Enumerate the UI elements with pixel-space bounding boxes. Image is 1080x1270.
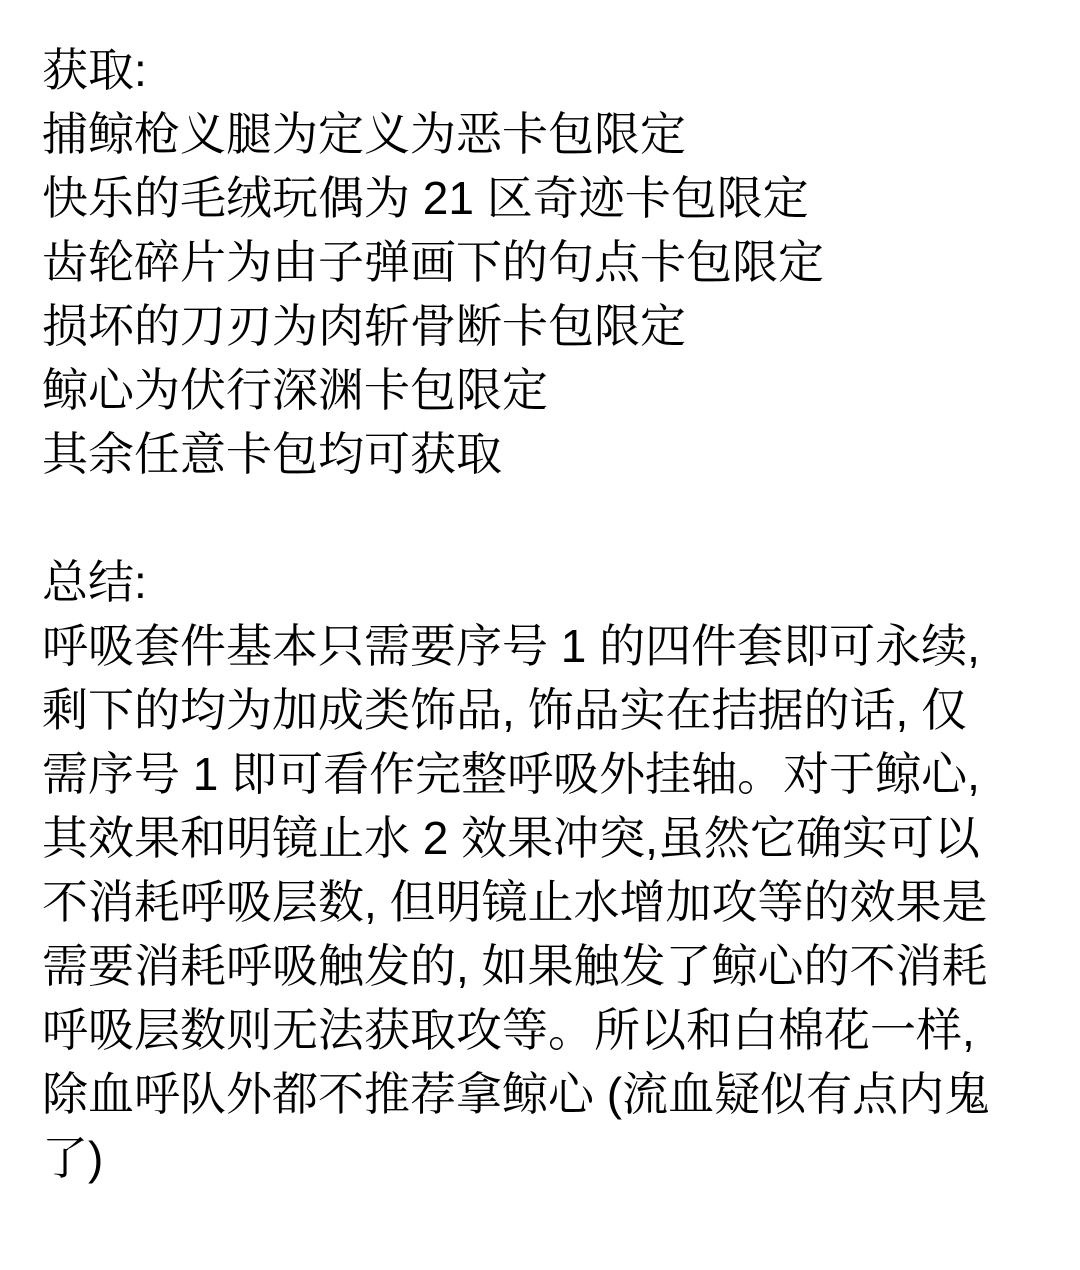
acquisition-line: 其余任意卡包均可获取 bbox=[42, 422, 1044, 486]
acquisition-line: 捕鲸枪义腿为定义为恶卡包限定 bbox=[42, 102, 1044, 166]
summary-line: 不消耗呼吸层数, 但明镜止水增加攻等的效果是 bbox=[42, 870, 1044, 934]
acquisition-section: 获取: 捕鲸枪义腿为定义为恶卡包限定 快乐的毛绒玩偶为 21 区奇迹卡包限定 齿… bbox=[42, 38, 1044, 486]
acquisition-line: 齿轮碎片为由子弹画下的句点卡包限定 bbox=[42, 230, 1044, 294]
summary-section: 总结: 呼吸套件基本只需要序号 1 的四件套即可永续, 剩下的均为加成类饰品, … bbox=[42, 550, 1044, 1190]
acquisition-line: 鲸心为伏行深渊卡包限定 bbox=[42, 358, 1044, 422]
text-document: 获取: 捕鲸枪义腿为定义为恶卡包限定 快乐的毛绒玩偶为 21 区奇迹卡包限定 齿… bbox=[0, 0, 1080, 1270]
section-spacer bbox=[42, 486, 1044, 550]
summary-line: 了) bbox=[42, 1126, 1044, 1190]
acquisition-line: 损坏的刀刃为肉斩骨断卡包限定 bbox=[42, 294, 1044, 358]
acquisition-line: 快乐的毛绒玩偶为 21 区奇迹卡包限定 bbox=[42, 166, 1044, 230]
summary-line: 除血呼队外都不推荐拿鲸心 (流血疑似有点内鬼 bbox=[42, 1062, 1044, 1126]
summary-line: 其效果和明镜止水 2 效果冲突,虽然它确实可以 bbox=[42, 806, 1044, 870]
summary-line: 需要消耗呼吸触发的, 如果触发了鲸心的不消耗 bbox=[42, 934, 1044, 998]
summary-line: 呼吸套件基本只需要序号 1 的四件套即可永续, bbox=[42, 614, 1044, 678]
summary-line: 需序号 1 即可看作完整呼吸外挂轴。对于鲸心, bbox=[42, 742, 1044, 806]
summary-line: 呼吸层数则无法获取攻等。所以和白棉花一样, bbox=[42, 998, 1044, 1062]
summary-heading: 总结: bbox=[42, 550, 1044, 614]
acquisition-heading: 获取: bbox=[42, 38, 1044, 102]
summary-line: 剩下的均为加成类饰品, 饰品实在拮据的话, 仅 bbox=[42, 678, 1044, 742]
